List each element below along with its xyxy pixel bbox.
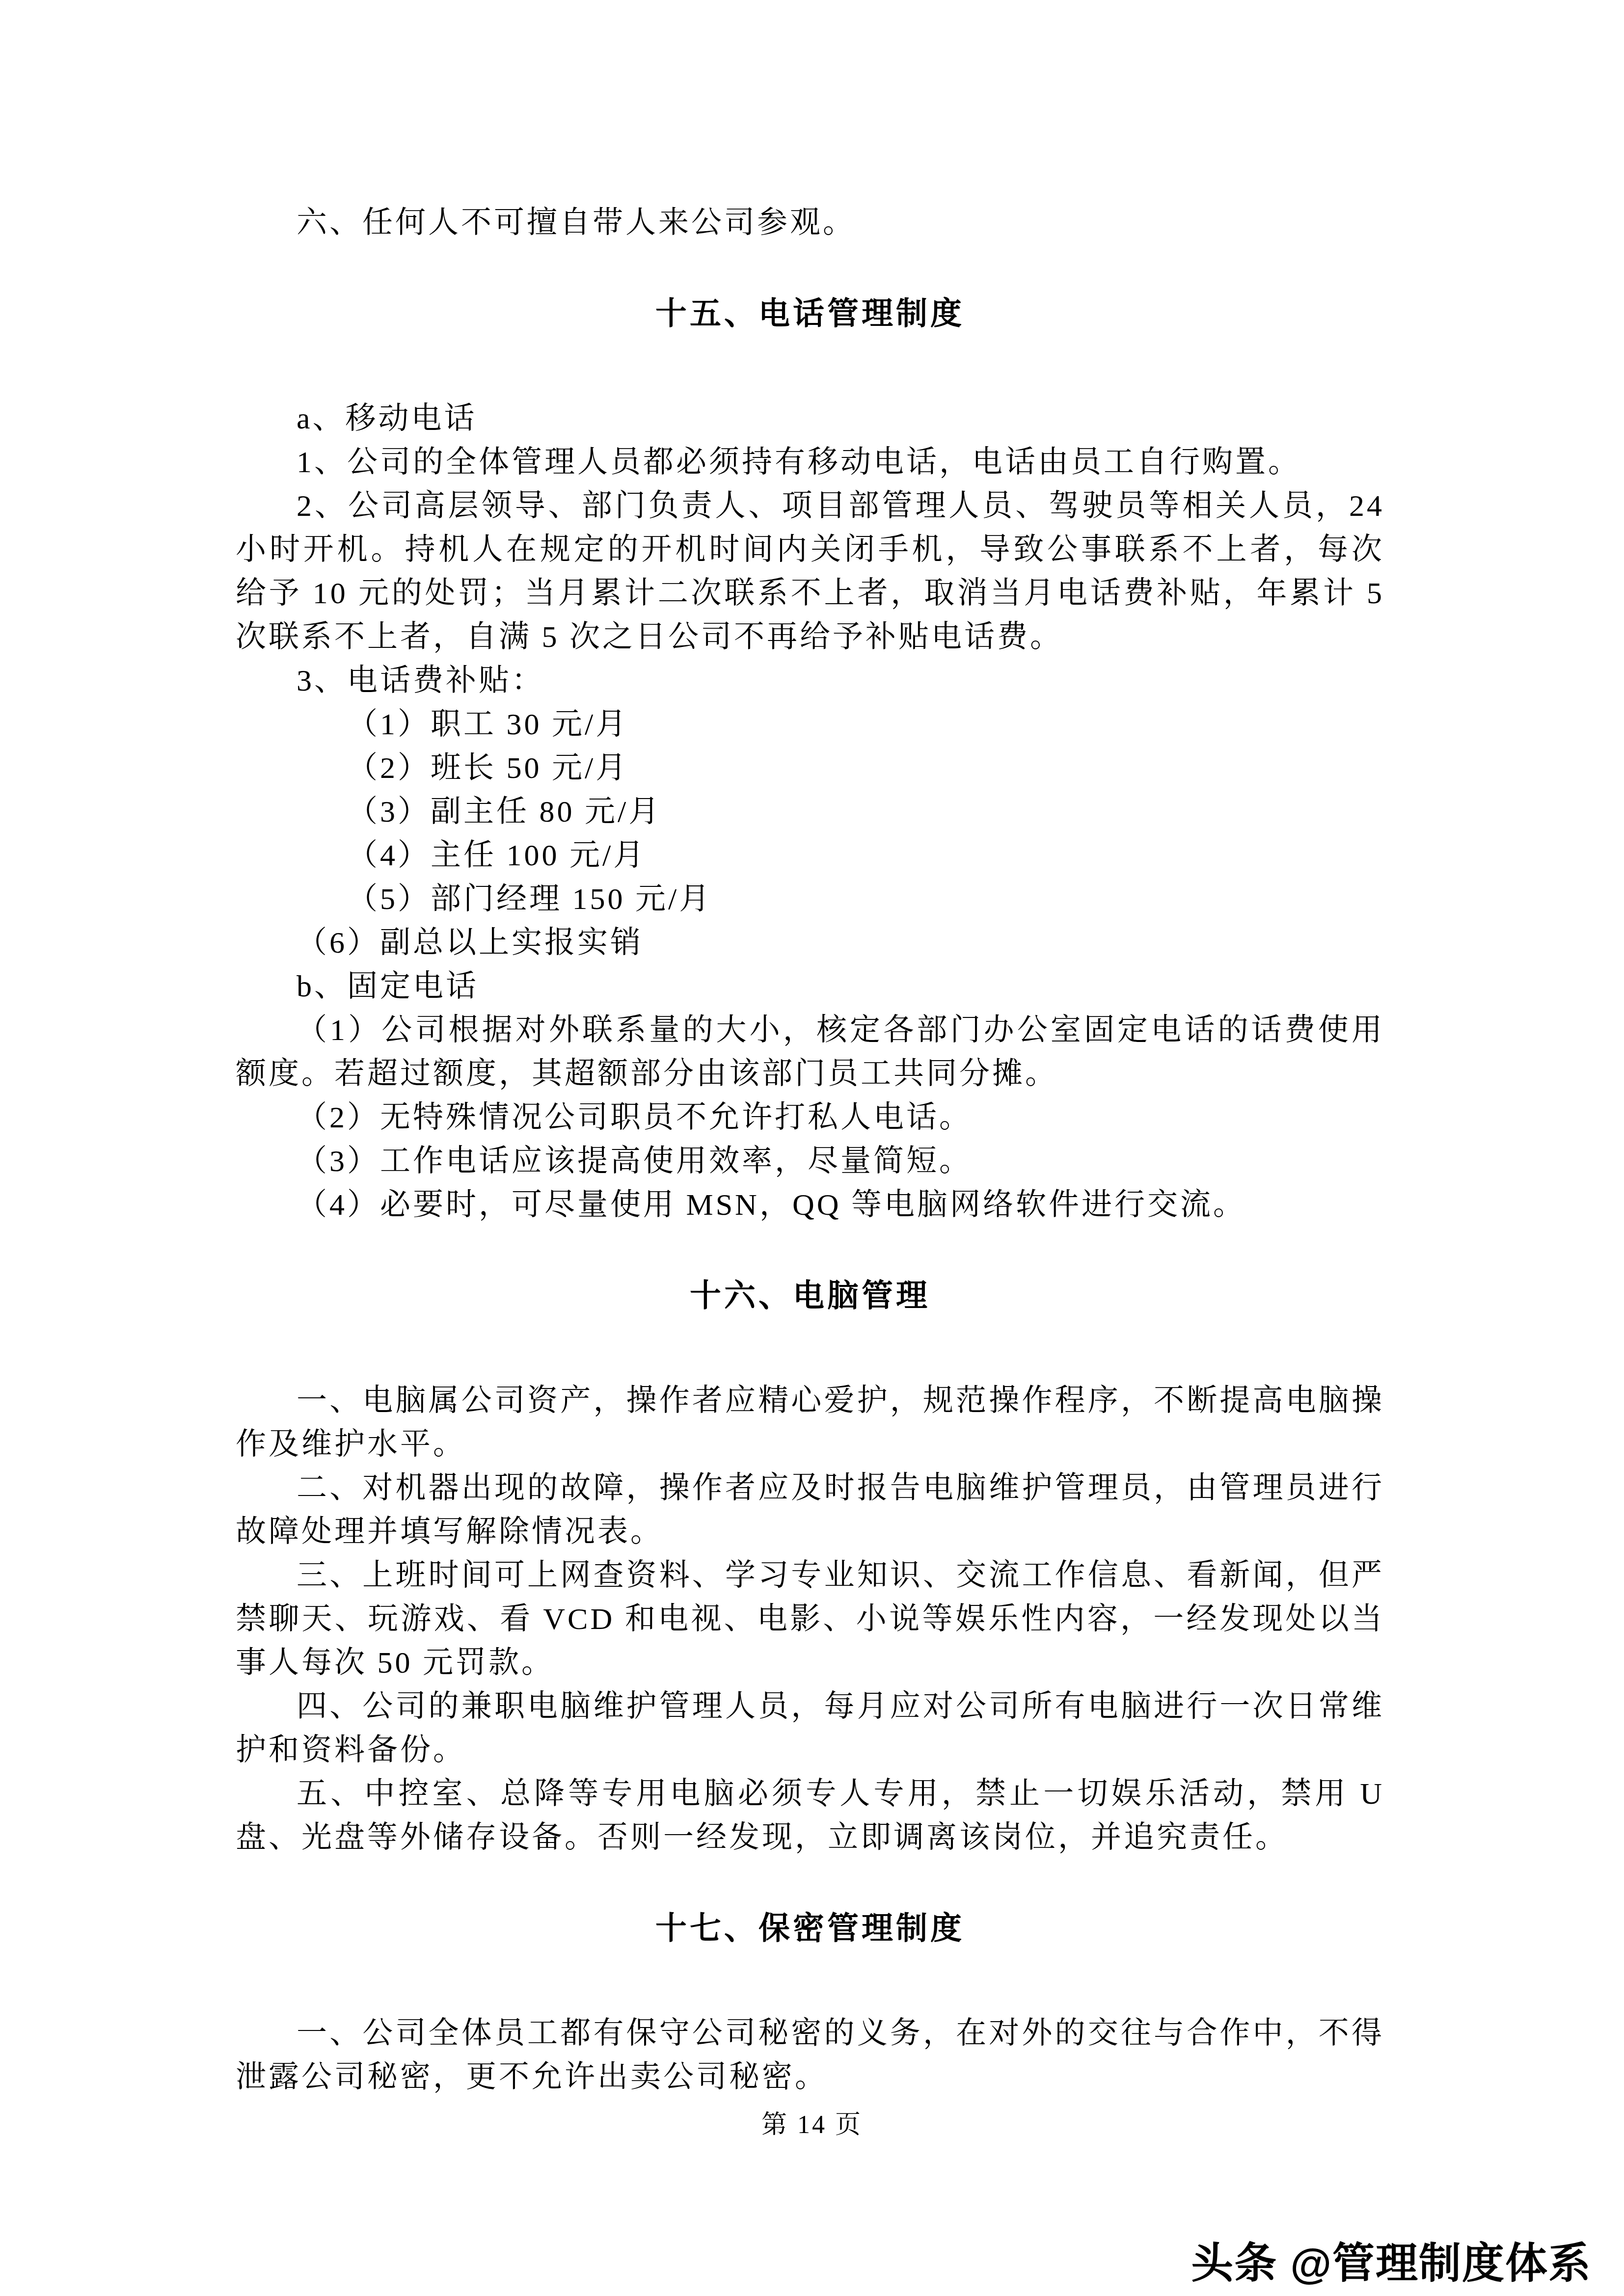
page-number: 第 14 页 (0, 2110, 1624, 2140)
paragraph: 六、任何人不可擅自带人来公司参观。 (236, 201, 1384, 245)
document-content: 六、任何人不可擅自带人来公司参观。十五、电话管理制度a、移动电话1、公司的全体管… (236, 201, 1384, 2099)
paragraph: 1、公司的全体管理人员都必须持有移动电话，电话由员工自行购置。 (236, 441, 1384, 484)
paragraph: 五、中控室、总降等专用电脑必须专人专用，禁止一切娱乐活动，禁用 U 盘、光盘等外… (236, 1772, 1384, 1860)
paragraph: （5）部门经理 150 元/月 (236, 878, 1384, 921)
paragraph: 三、上班时间可上网查资料、学习专业知识、交流工作信息、看新闻，但严禁聊天、玩游戏… (236, 1554, 1384, 1685)
paragraph: a、移动电话 (236, 397, 1384, 441)
section-heading: 十七、保密管理制度 (236, 1904, 1384, 1953)
paragraph: 一、电脑属公司资产，操作者应精心爱护，规范操作程序，不断提高电脑操作及维护水平。 (236, 1379, 1384, 1467)
paragraph: （6）副总以上实报实销 (236, 921, 1384, 965)
paragraph: （2）无特殊情况公司职员不允许打私人电话。 (236, 1096, 1384, 1140)
section-heading: 十五、电话管理制度 (236, 289, 1384, 338)
paragraph: （1）公司根据对外联系量的大小，核定各部门办公室固定电话的话费使用额度。若超过额… (236, 1009, 1384, 1096)
paragraph: 四、公司的兼职电脑维护管理人员，每月应对公司所有电脑进行一次日常维护和资料备份。 (236, 1685, 1384, 1772)
paragraph: （3）工作电话应该提高使用效率，尽量简短。 (236, 1140, 1384, 1183)
paragraph: （1）职工 30 元/月 (236, 703, 1384, 747)
paragraph: b、固定电话 (236, 965, 1384, 1009)
paragraph: （4）主任 100 元/月 (236, 834, 1384, 878)
section-heading: 十六、电脑管理 (236, 1271, 1384, 1320)
watermark-text: 头条 @管理制度体系 (1191, 2239, 1592, 2288)
paragraph: 一、公司全体员工都有保守公司秘密的义务，在对外的交往与合作中，不得泄露公司秘密，… (236, 2012, 1384, 2099)
paragraph: 二、对机器出现的故障，操作者应及时报告电脑维护管理员，由管理员进行故障处理并填写… (236, 1467, 1384, 1554)
paragraph: （2）班长 50 元/月 (236, 747, 1384, 790)
paragraph: （3）副主任 80 元/月 (236, 790, 1384, 834)
document-page: 六、任何人不可擅自带人来公司参观。十五、电话管理制度a、移动电话1、公司的全体管… (0, 0, 1624, 2296)
paragraph: （4）必要时，可尽量使用 MSN，QQ 等电脑网络软件进行交流。 (236, 1183, 1384, 1227)
paragraph: 3、电话费补贴： (236, 659, 1384, 703)
paragraph: 2、公司高层领导、部门负责人、项目部管理人员、驾驶员等相关人员，24 小时开机。… (236, 484, 1384, 659)
